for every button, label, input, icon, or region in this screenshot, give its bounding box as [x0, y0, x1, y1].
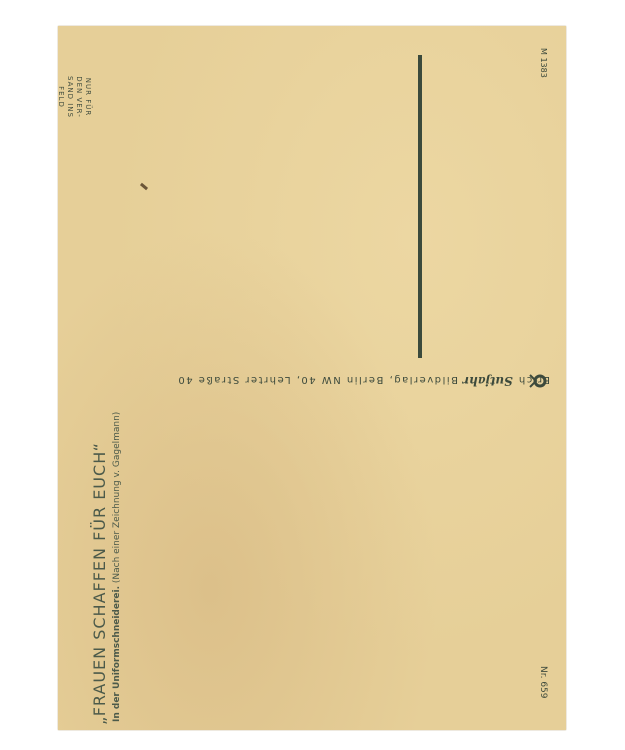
card-number: Nr. 659 — [538, 666, 548, 699]
catalog-code: M 1383 — [539, 48, 548, 78]
publisher-line: Erich Sutjahr Bildverlag, Berlin NW 40, … — [177, 374, 550, 388]
publisher-address: Bildverlag, Berlin NW 40, Lehrter Straße… — [177, 374, 458, 385]
postcard-subtitle: In der Uniformschneiderei. (Nach einer Z… — [112, 412, 122, 722]
subtitle-bold: In der Uniformschneiderei. — [112, 586, 122, 722]
publisher-logo-icon — [528, 371, 548, 391]
mailing-note: NUR FÜR DEN VER- SAND INS FELD — [56, 76, 92, 118]
divider-line — [418, 55, 422, 358]
publisher-signature: Sutjahr — [463, 374, 513, 388]
postcard-title: „FRAUEN SCHAFFEN FÜR EUCH“ — [90, 442, 109, 725]
subtitle-rest: (Nach einer Zeichnung v. Gagelmann) — [112, 412, 122, 586]
